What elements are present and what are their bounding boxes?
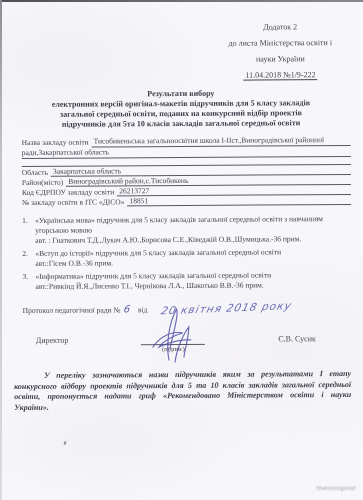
addressee-line1: до листа Міністерства освіти і	[228, 35, 332, 52]
director-label: Директор	[36, 336, 69, 345]
document-content: Додаток 2 до листа Міністерства освіти і…	[0, 0, 363, 500]
diso-value: 18851	[127, 196, 150, 206]
edrpou-label: Код ЄДРПОУ закладу освіти	[22, 187, 117, 197]
list-item: 1. «Українська мова» підручник для 5 кла…	[22, 214, 353, 246]
title-line4: підручників для 5та 10 класів закладів з…	[0, 118, 363, 130]
footnote-paragraph: У переліку зазначаються назви підручникі…	[14, 369, 351, 413]
item-number: 1.	[22, 216, 35, 246]
handwritten-signature	[139, 305, 213, 363]
book-authors: авт.:Гісем О.В.-36 прим.	[35, 257, 353, 269]
director-name: С.В. Сусик	[278, 334, 316, 343]
location-fields: Область Закарпатська область Район(місто…	[22, 165, 351, 207]
district-value: Виноградівський район,с.Тисобикень	[66, 176, 190, 187]
diso-label: № закладу освіти в ІТС «ДІСО»	[22, 197, 128, 207]
region-value: Закарпатська область	[51, 166, 123, 176]
edrpou-value: 26213727	[117, 186, 151, 196]
list-item: 2. «Вступ до історії» підручник для 5 кл…	[22, 247, 353, 269]
school-name-label: Назва закладу освіти	[22, 138, 92, 148]
annex-label: Додаток 2	[228, 19, 332, 36]
district-label: Район(місто)	[22, 178, 66, 187]
item-number: 3.	[22, 272, 35, 292]
signature-row: Директор (підпис) С.В. Сусик	[1, 334, 363, 355]
watermark: thelistingslist	[317, 486, 356, 492]
signature-cell: (підпис)	[137, 335, 209, 354]
book-authors: авт.:Ривкінд Й.Я.,Лисенко Т.І., Черніков…	[35, 280, 353, 292]
addressee-line2: науки України	[229, 51, 333, 68]
doc-date-number: 11.04.2018 №1/9-222	[243, 70, 317, 80]
document-title: Результати вибору електронних версій ори…	[0, 88, 363, 130]
diso-row: № закладу освіти в ІТС «ДІСО» 18851	[22, 195, 351, 207]
book-authors: авт. : Гнаткович Т.Д.,Лукач А.Ю.,Борисов…	[35, 234, 353, 246]
protocol-number-handwritten: 6	[123, 304, 131, 315]
edrpou-row: Код ЄДРПОУ закладу освіти 26213727	[22, 185, 351, 197]
annex-header: Додаток 2 до листа Міністерства освіти і…	[228, 19, 332, 84]
district-row: Район(місто) Виноградівський район,с.Тис…	[22, 175, 351, 187]
region-label: Область	[22, 168, 51, 177]
textbook-list: 1. «Українська мова» підручник для 5 кла…	[22, 214, 353, 292]
protocol-label: Протокол педагогічної ради №	[23, 305, 121, 315]
scanned-page: Додаток 2 до листа Міністерства освіти і…	[0, 0, 363, 500]
school-info-form: Назва закладу освіти Тисобикеньська зага…	[22, 135, 351, 207]
school-name-value-line1: Тисобикеньська загальноосвітня школа І-І…	[92, 135, 326, 147]
rule-fill	[150, 204, 351, 206]
book-title: «Українська мова» підручник для 5 класу …	[35, 214, 353, 236]
school-name-row: Назва закладу освіти Тисобикеньська зага…	[22, 135, 351, 148]
list-item: 3. «Інформатика» підручник для 5 класу з…	[22, 270, 353, 292]
rule-fill	[326, 145, 351, 146]
item-number: 2.	[22, 249, 35, 269]
